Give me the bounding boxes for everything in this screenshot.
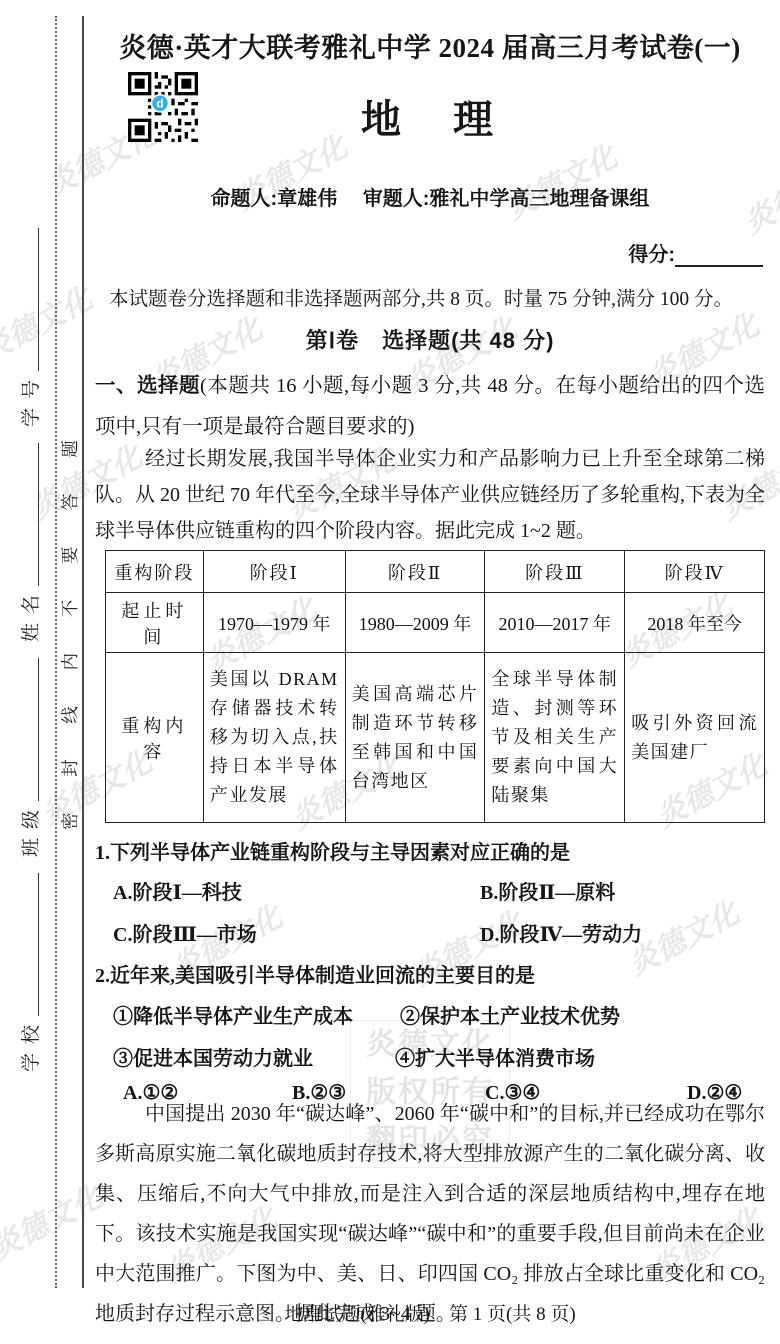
exam-content: 炎德·英才大联考雅礼中学 2024 届高三月考试卷(一) [95, 0, 765, 1344]
table-header-cell: 重构阶段 [106, 551, 204, 593]
question-2-items-row1: ①降低半导体产业生产成本 ②保护本土产业技术优势 [95, 1000, 765, 1030]
table-cell: 1980—2009 年 [345, 593, 485, 653]
option-1a: A.阶段Ⅰ—科技 [113, 876, 242, 905]
seal-char: 封 [57, 759, 79, 777]
table-cell: 全球半导体制造、封测等环节及相关生产要素向中国大陆聚集 [485, 653, 625, 823]
score-blank [675, 243, 763, 267]
part1-label: 一、选择题 [95, 374, 200, 397]
seal-text: 密 封 线 内 不 要 答 题 [57, 436, 79, 834]
passage-semiconductor: 经过长期发展,我国半导体企业实力和产品影响力已上升至全球第二梯队。从 20 世纪… [95, 441, 765, 549]
score-label: 得分: [628, 238, 675, 267]
setter-line: 命题人:章雄伟 审题人:雅礼中学高三地理备课组 [95, 182, 765, 211]
question-1-options-row1: A.阶段Ⅰ—科技 B.阶段Ⅱ—原料 [95, 876, 765, 906]
seal-char: 要 [57, 546, 79, 564]
field-label: 班级 [16, 801, 44, 857]
field-label: 学号 [16, 371, 44, 427]
field-student-id: 学号 [20, 212, 44, 427]
field-name: 姓名 [20, 427, 44, 642]
table-row: 起止时间 1970—1979 年 1980—2009 年 2010—2017 年… [106, 593, 765, 653]
option-1d: D.阶段Ⅳ—劳动力 [480, 918, 642, 947]
item-3: ③促进本国劳动力就业 [113, 1042, 313, 1071]
field-class: 班级 [20, 642, 44, 857]
restructure-stages-table: 重构阶段 阶段Ⅰ 阶段Ⅱ 阶段Ⅲ 阶段Ⅳ 起止时间 1970—1979 年 19… [105, 550, 765, 823]
field-label: 学校 [16, 1016, 44, 1072]
passage-carbon: 中国提出 2030 年“碳达峰”、2060 年“碳中和”的目标,并已经成功在鄂尔… [95, 1094, 765, 1334]
question-1-stem: 1.下列半导体产业链重构阶段与主导因素对应正确的是 [95, 836, 570, 865]
seal-char: 密 [57, 813, 79, 831]
field-blank [38, 658, 39, 801]
seal-char: 答 [57, 493, 79, 511]
score-field: 得分: [628, 238, 763, 267]
table-header-row: 重构阶段 阶段Ⅰ 阶段Ⅱ 阶段Ⅲ 阶段Ⅳ [106, 551, 765, 593]
field-blank [38, 228, 39, 371]
exam-title: 炎德·英才大联考雅礼中学 2024 届高三月考试卷(一) [95, 26, 765, 65]
field-school: 学校 [20, 857, 44, 1072]
student-info-fields: 学校 班级 姓名 学号 [20, 212, 44, 1072]
part1-heading: 一、选择题(本题共 16 小题,每小题 3 分,共 48 分。在每小题给出的四个… [95, 365, 765, 448]
table-cell: 2018 年至今 [625, 593, 765, 653]
item-1: ①降低半导体产业生产成本 [113, 1000, 353, 1029]
table-cell: 1970—1979 年 [203, 593, 345, 653]
seal-char: 不 [57, 600, 79, 618]
seal-solid-line [82, 16, 84, 1288]
table-header-cell: 阶段Ⅰ [203, 551, 345, 593]
table-cell: 吸引外资回流美国建厂 [625, 653, 765, 823]
table-cell: 2010—2017 年 [485, 593, 625, 653]
question-1-options-row2: C.阶段Ⅲ—市场 D.阶段Ⅳ—劳动力 [95, 918, 765, 948]
table-header-cell: 阶段Ⅱ [345, 551, 485, 593]
exam-note: 本试题卷分选择题和非选择题两部分,共 8 页。时量 75 分钟,满分 100 分… [95, 283, 765, 311]
section-heading: 第Ⅰ卷 选择题(共 48 分) [95, 324, 765, 355]
option-1c: C.阶段Ⅲ—市场 [113, 918, 257, 947]
item-2: ②保护本土产业技术优势 [400, 1000, 620, 1029]
page-footer: 地理试题(雅礼版) 第 1 页(共 8 页) [95, 1299, 765, 1326]
subject-title: 地 理 [95, 88, 765, 145]
row-label-cell: 重构内容 [106, 653, 204, 823]
field-blank [38, 443, 39, 586]
table-row: 重构内容 美国以 DRAM 存储器技术转移为切入点,扶持日本半导体产业发展 美国… [106, 653, 765, 823]
table-cell: 美国高端芯片制造环节转移至韩国和中国台湾地区 [345, 653, 485, 823]
exam-page: 炎德文化 炎德文化 炎德文化 炎德文化 炎德文化 炎德文化 炎德文化 炎德文化 … [0, 0, 780, 1344]
table-cell: 美国以 DRAM 存储器技术转移为切入点,扶持日本半导体产业发展 [203, 653, 345, 823]
seal-char: 内 [57, 653, 79, 671]
field-label: 姓名 [16, 586, 44, 642]
row-label-cell: 起止时间 [106, 593, 204, 653]
option-1b: B.阶段Ⅱ—原料 [480, 876, 615, 905]
field-blank [38, 873, 39, 1016]
table-header-cell: 阶段Ⅲ [485, 551, 625, 593]
table-header-cell: 阶段Ⅳ [625, 551, 765, 593]
item-4: ④扩大半导体消费市场 [395, 1042, 595, 1071]
question-2-items-row2: ③促进本国劳动力就业 ④扩大半导体消费市场 [95, 1042, 765, 1072]
seal-char: 题 [57, 440, 79, 458]
question-2-stem: 2.近年来,美国吸引半导体制造业回流的主要目的是 [95, 959, 535, 988]
seal-char: 线 [57, 706, 79, 724]
